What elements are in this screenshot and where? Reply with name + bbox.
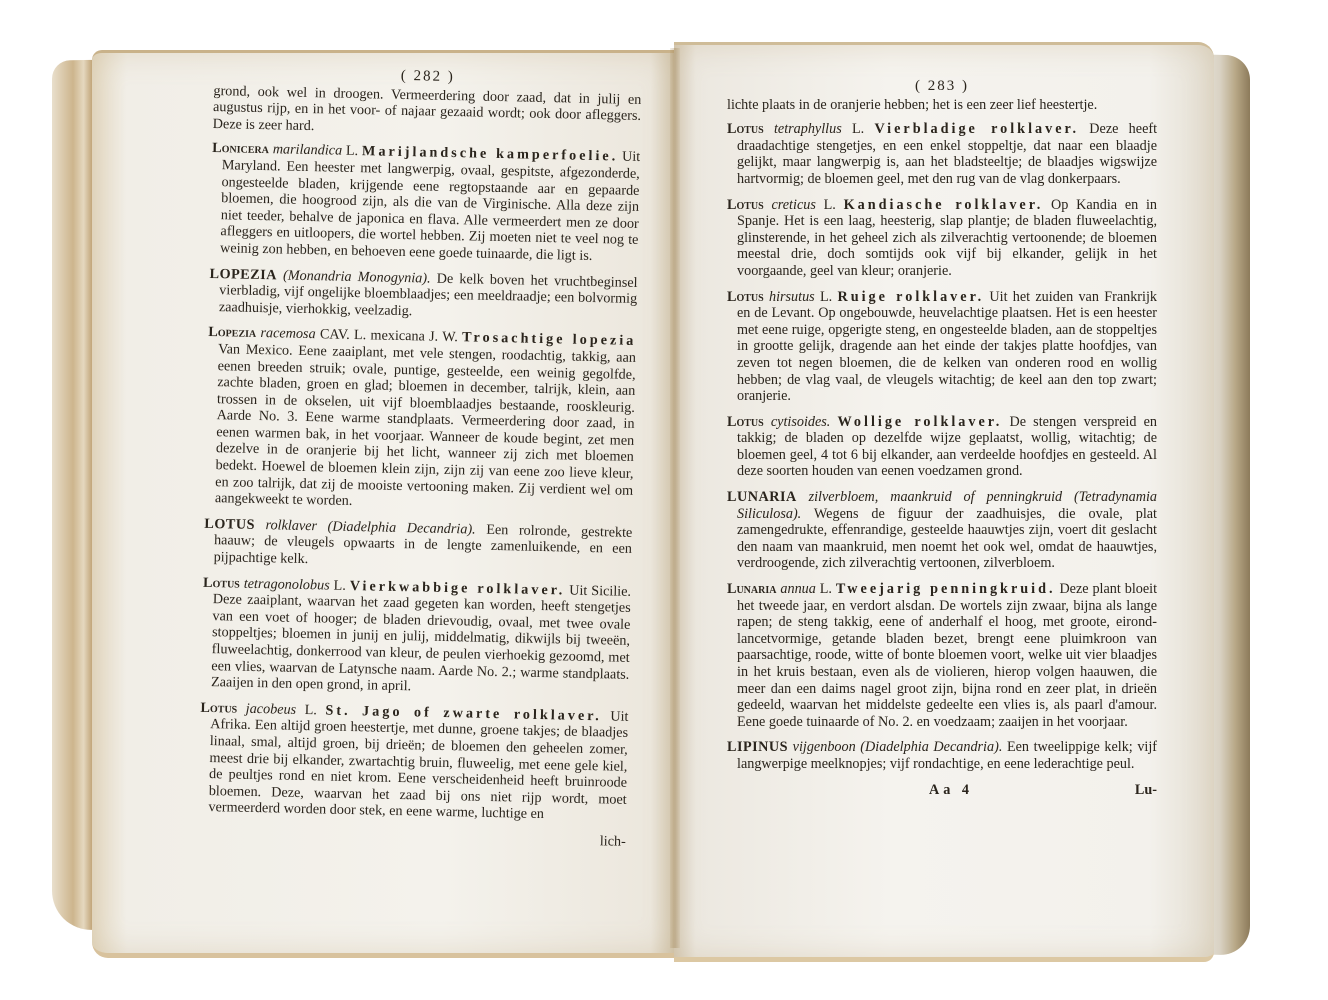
entry-head: Lunaria <box>727 581 776 597</box>
entry-lotus-hirsutus: Lotus hirsutus L. Ruige rolklaver. Uit h… <box>727 289 1157 405</box>
entry-head: LUNARIA <box>727 489 797 505</box>
entry-species: hirsutus <box>769 289 815 305</box>
entry-body: Uit het zuiden van Frankrijk en de Levan… <box>737 289 1157 405</box>
entry-lipinus: LIPINUS vijgenboon (Diadelphia Decandria… <box>727 739 1157 772</box>
entry-head: Lonicera <box>212 140 269 157</box>
entry-lotus-cytisoides: Lotus cytisoides. Wollige rolklaver. De … <box>727 414 1157 480</box>
entry-common-name: Ruige rolklaver. <box>837 289 984 305</box>
entry-lunaria-annua: Lunaria annua L. Tweejarig penningkruid.… <box>727 581 1157 730</box>
entry-body: Uit Sicilie. Deze zaaiplant, waarvan het… <box>211 582 631 694</box>
entry-species: jacobeus <box>246 701 297 718</box>
book-photo: ( 282 ) grond, ook wel in droogen. Verme… <box>0 0 1328 1000</box>
right-page-text: ( 283 ) lichte plaats in de oranjerie he… <box>727 78 1157 798</box>
entry-species: tetraphyllus <box>774 121 842 137</box>
entry-common-name: Tweejarig penningkruid. <box>836 581 1056 597</box>
entry-lopezia: LOPEZIA (Monandria Monogynia). De kelk b… <box>209 265 638 324</box>
entry-species: marilandica <box>273 142 343 159</box>
entry-head: Lotus <box>200 700 237 717</box>
continuation-paragraph: grond, ook wel in droogen. Vermeerdering… <box>213 83 642 142</box>
entry-author: L. <box>346 143 359 159</box>
entry-head: Lopezia <box>208 324 256 341</box>
entry-lunaria: LUNARIA zilverbloem, maankruid of pennin… <box>727 489 1157 572</box>
entry-lopezia-racemosa: Lopezia racemosa CAV. L. mexicana J. W. … <box>205 324 637 515</box>
entry-species: cytisoides. <box>771 414 831 430</box>
entry-lotus-jacobeus: Lotus jacobeus L. St. Jago of zwarte rol… <box>198 700 628 825</box>
entry-head: Lotus <box>727 121 764 137</box>
entry-species: racemosa <box>260 325 315 342</box>
entry-common-name: Wollige rolklaver. <box>838 414 1003 430</box>
entry-head: Lotus <box>727 414 764 430</box>
entry-body: Van Mexico. Eene zaaiplant, met vele ste… <box>215 341 636 509</box>
entry-head: Lotus <box>203 575 240 592</box>
entry-author: L. <box>333 577 346 593</box>
book-gutter <box>670 48 680 948</box>
entry-species: annua <box>780 581 815 597</box>
left-page-text: ( 282 ) grond, ook wel in droogen. Verme… <box>198 64 642 850</box>
entry-species: tetragonolobus <box>244 575 330 593</box>
entry-author: L. <box>820 581 832 597</box>
signature-mark: Aa 4 <box>767 782 1135 799</box>
entry-author: L. <box>820 289 832 305</box>
entry-body: Uit Afrika. Een altijd groen heestertje,… <box>208 708 628 822</box>
entry-author: L. <box>305 702 318 718</box>
entry-head: LOPEZIA <box>209 265 277 282</box>
entry-common-name: Kandiasche rolklaver. <box>844 197 1044 213</box>
entry-lotus-tetraphyllus: Lotus tetraphyllus L. Vierbladige rolkla… <box>727 121 1157 187</box>
entry-lotus-creticus: Lotus creticus L. Kandiasche rolklaver. … <box>727 197 1157 280</box>
catchword: Lu- <box>1135 782 1157 799</box>
entry-species: creticus <box>771 197 815 213</box>
entry-head: LOTUS <box>204 516 255 533</box>
entry-author: L. <box>852 121 864 137</box>
entry-head: Lotus <box>727 197 764 213</box>
entry-species: vijgenboon (Diadelphia Decandria). <box>793 739 1003 755</box>
page-footer: Aa 4 Lu- <box>727 782 1157 799</box>
entry-lotus-tetragonolobus: Lotus tetragonolobus L. Vierkwabbige rol… <box>201 575 631 700</box>
entry-lonicera-marilandica: Lonicera marilandica L. Marijlandsche ka… <box>210 140 640 265</box>
entry-lotus: LOTUS rolklaver (Diadelphia Decandria). … <box>203 516 632 575</box>
entry-body: Uit Maryland. Een heester met langwerpig… <box>220 149 640 264</box>
entry-author: L. <box>824 197 836 213</box>
continuation-paragraph: lichte plaats in de oranjerie hebben; he… <box>727 97 1157 114</box>
page-number: ( 283 ) <box>727 78 1157 95</box>
entry-head: LIPINUS <box>727 739 788 755</box>
entry-body: Deze plant bloeit het tweede jaar, en ve… <box>737 581 1157 730</box>
entry-common-name: Vierbladige rolklaver. <box>874 121 1079 137</box>
entry-head: Lotus <box>727 289 764 305</box>
